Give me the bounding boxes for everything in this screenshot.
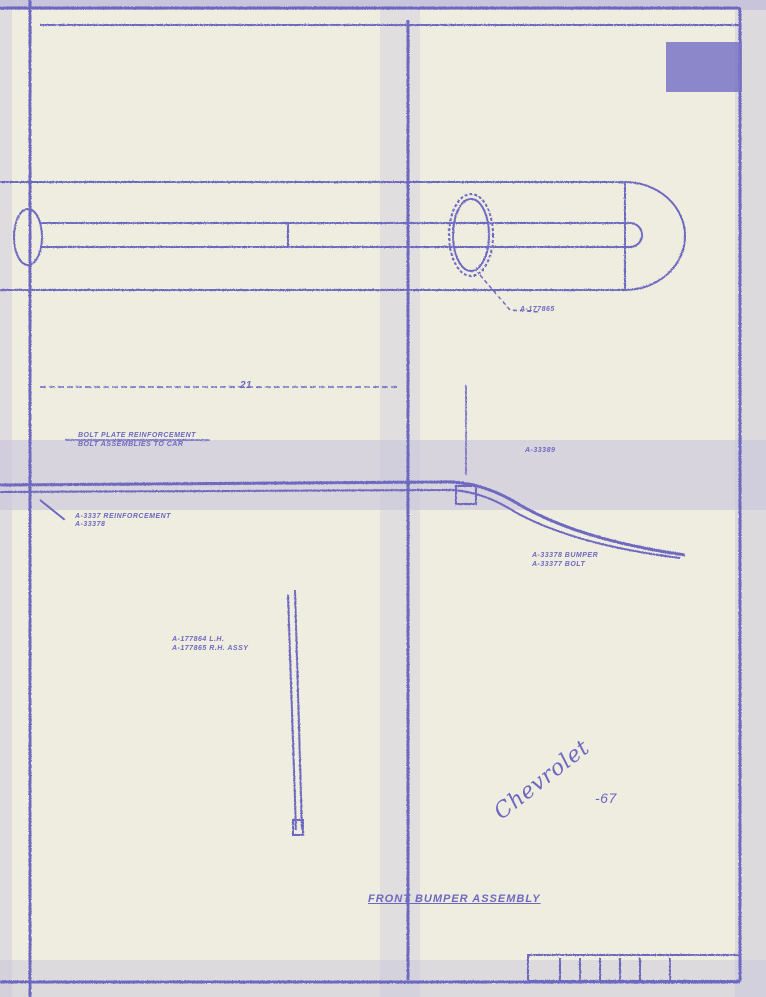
callout-right-lower-2: A-33377 BOLT: [532, 561, 585, 569]
callout-upper-left-1: BOLT PLATE REINFORCEMENT: [78, 432, 196, 440]
callout-lower-left-2: A-33378: [75, 521, 105, 529]
drawing-title: FRONT BUMPER ASSEMBLY: [368, 893, 541, 905]
signature-date: -67: [595, 790, 617, 806]
callout-lower-left-1: A-3337 REINFORCEMENT: [75, 513, 171, 521]
callout-upper-left-2: BOLT ASSEMBLIES TO CAR: [78, 441, 183, 449]
dimension-label: 21: [240, 380, 252, 391]
callout-bumper-bolt: A-177865: [520, 306, 555, 314]
scan-smudges: [0, 0, 766, 997]
callout-right-upper: A-33389: [525, 447, 555, 455]
callout-middle-2: A-177865 R.H. ASSY: [172, 645, 248, 653]
title-block: [666, 42, 742, 92]
blueprint-drawing: [0, 0, 766, 997]
callout-middle-1: A-177864 L.H.: [172, 636, 224, 644]
callout-right-lower-1: A-33378 BUMPER: [532, 552, 598, 560]
blueprint-sheet: A-177865 21 BOLT PLATE REINFORCEMENT BOL…: [0, 0, 766, 997]
